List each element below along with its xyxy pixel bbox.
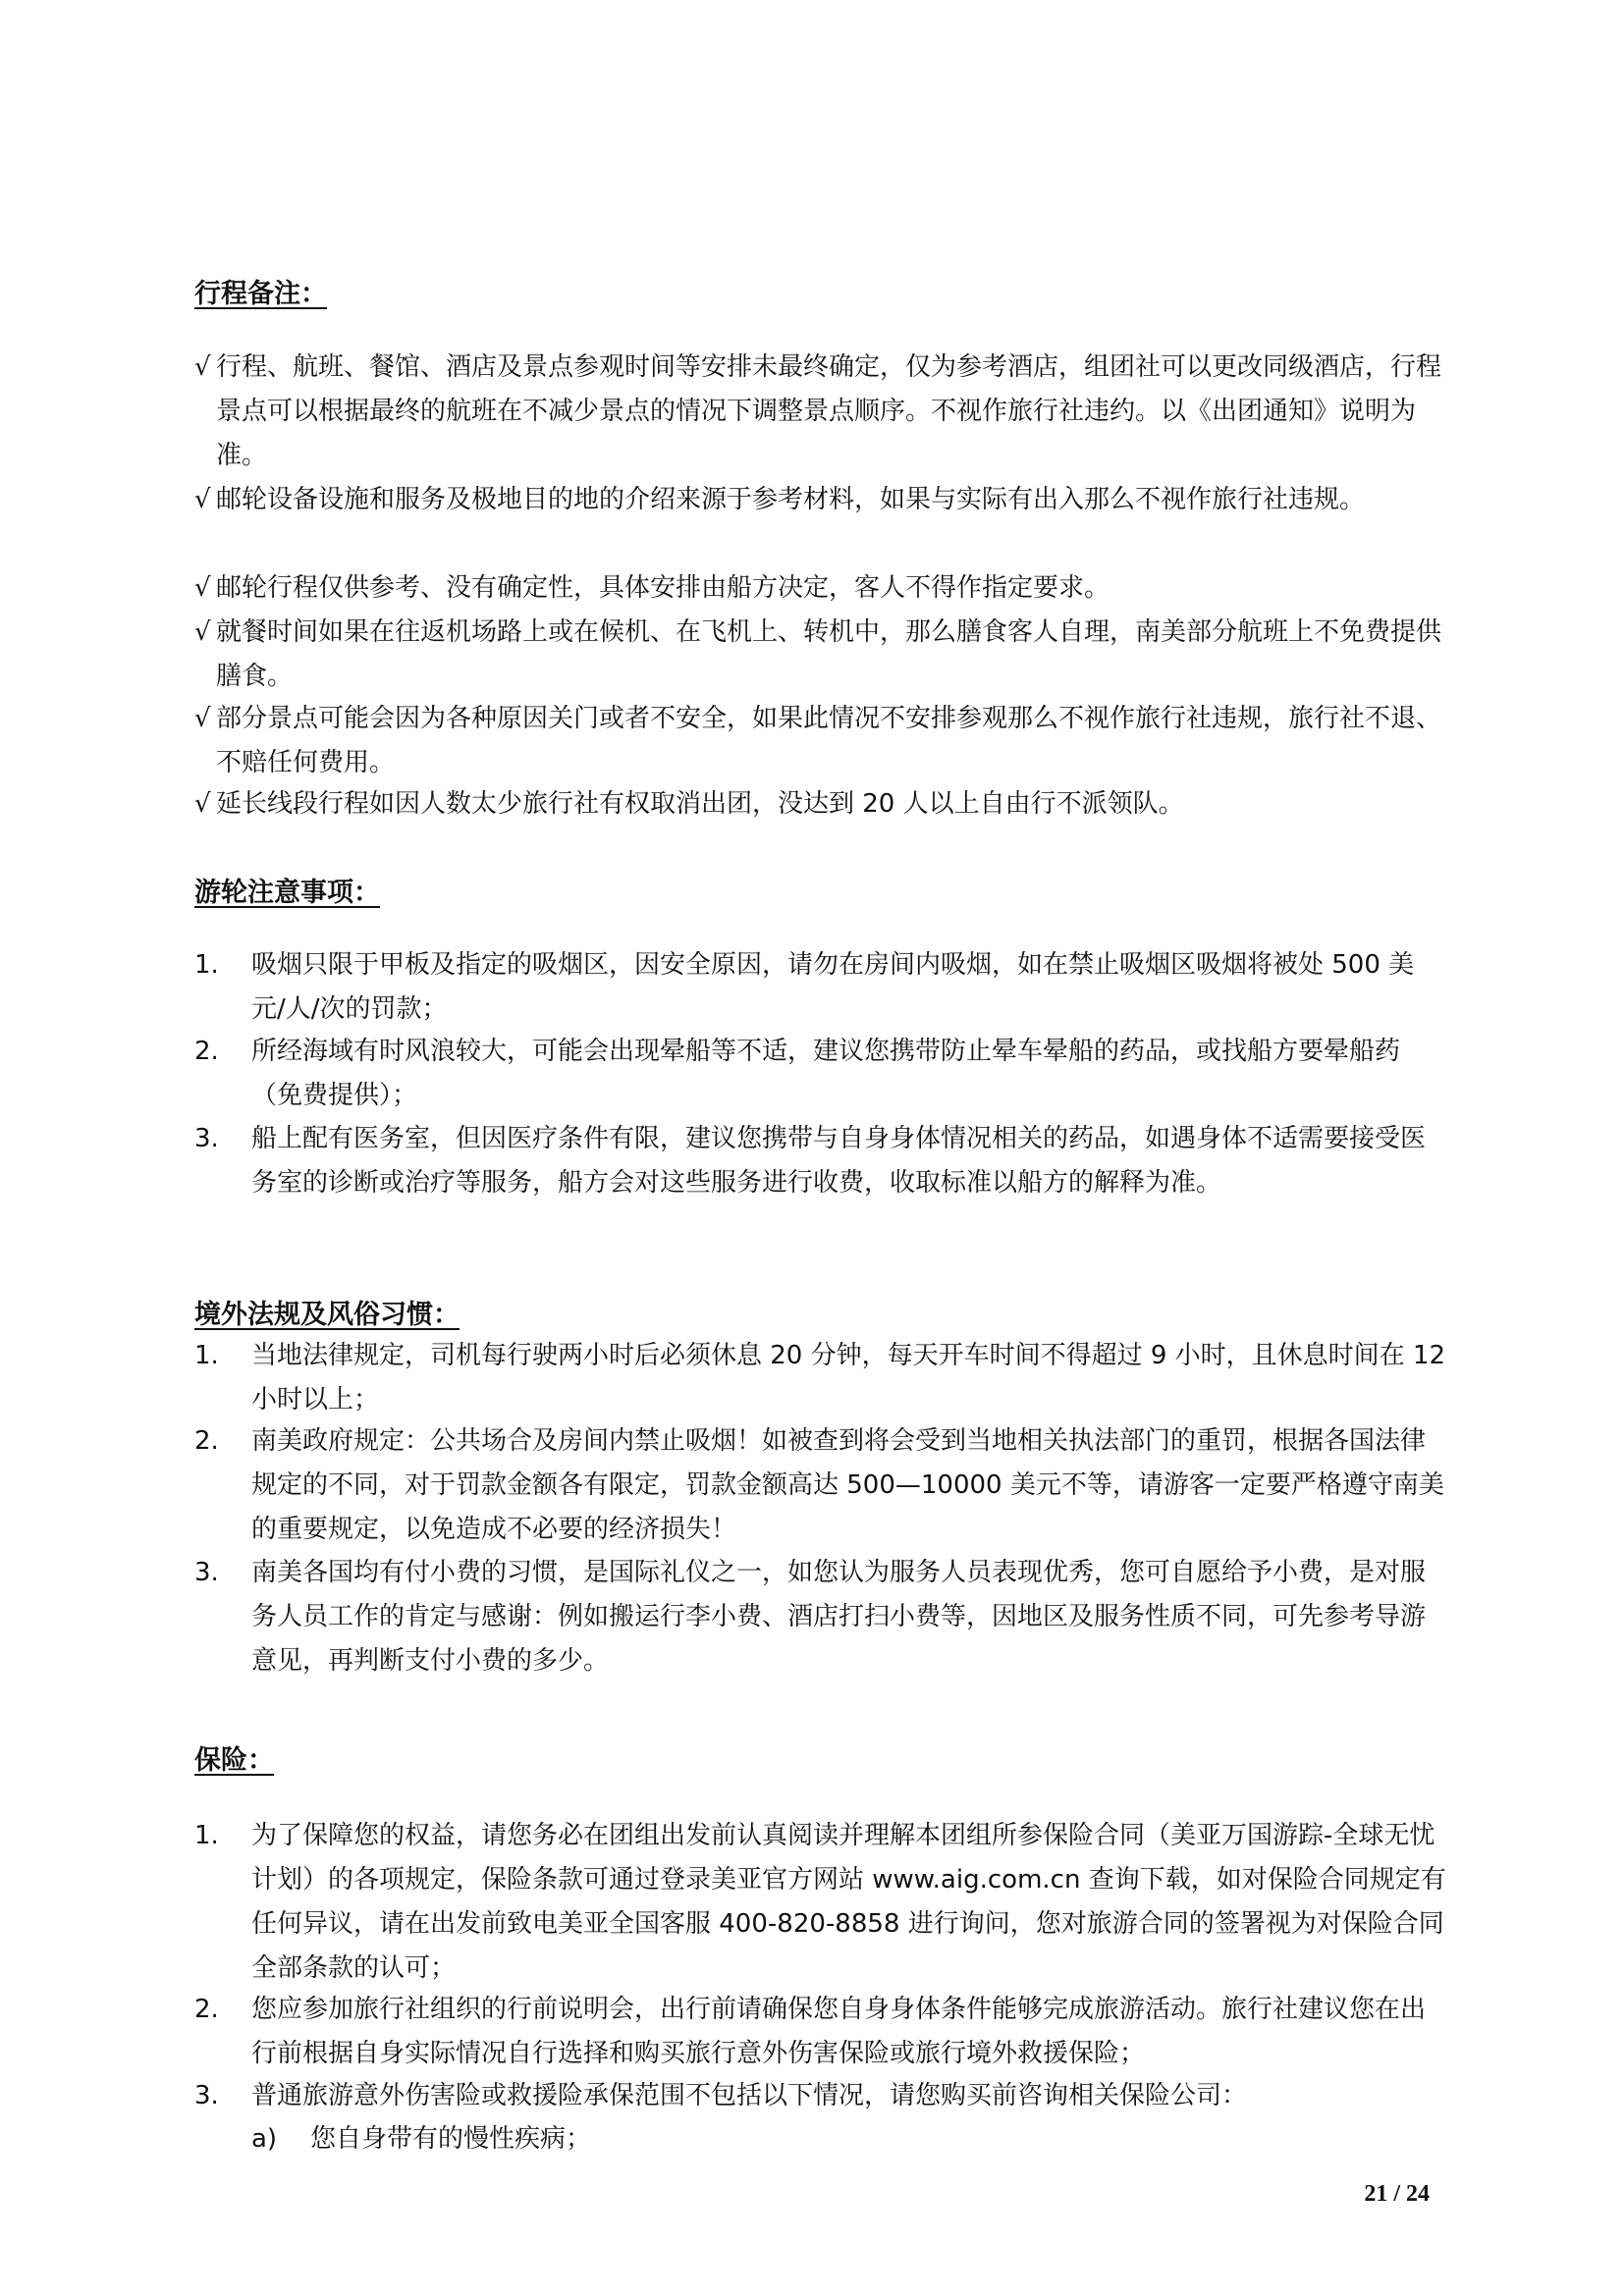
list-item-text: 南美各国均有付小费的习惯，是国际礼仪之一，如您认为服务人员表现优秀，您可自愿给予… (194, 1551, 1446, 1683)
section-title-local-laws-customs: 境外法规及风俗习惯： (194, 1293, 460, 1331)
check-mark-icon: √ (194, 782, 211, 827)
list-number: 2. (194, 1030, 219, 1074)
list-item-text: 船上配有医务室，但因医疗条件有限，建议您携带与自身身体情况相关的药品，如遇身体不… (194, 1117, 1446, 1205)
check-mark-icon: √ (194, 611, 211, 655)
list-item: 1. 当地法律规定，司机每行驶两小时后必须休息 20 分钟，每天开车时间不得超过… (194, 1334, 1446, 1422)
list-item: 2. 您应参加旅行社组织的行前说明会，出行前请确保您自身身体条件能够完成旅游活动… (194, 1988, 1446, 2076)
list-item-text: 所经海域有时风浪较大，可能会出现晕船等不适，建议您携带防止晕车晕船的药品，或找船… (194, 1030, 1446, 1118)
section-title-insurance: 保险： (194, 1738, 274, 1777)
list-item: √ 部分景点可能会因为各种原因关门或者不安全，如果此情况不安排参观那么不视作旅行… (194, 697, 1446, 785)
list-item-text: 您自身带有的慢性疾病； (194, 2117, 1446, 2162)
list-item: 2. 所经海域有时风浪较大，可能会出现晕船等不适，建议您携带防止晕车晕船的药品，… (194, 1030, 1446, 1118)
list-item-text: 邮轮设备设施和服务及极地目的地的介绍来源于参考材料，如果与实际有出入那么不视作旅… (194, 478, 1446, 522)
check-mark-icon: √ (194, 697, 211, 741)
list-item-text: 行程、航班、餐馆、酒店及景点参观时间等安排未最终确定，仅为参考酒店，组团社可以更… (194, 346, 1446, 478)
list-number: 1. (194, 943, 219, 988)
list-number: 3. (194, 2074, 219, 2118)
list-item: √ 邮轮行程仅供参考、没有确定性，具体安排由船方决定，客人不得作指定要求。 (194, 566, 1446, 611)
list-item-text: 邮轮行程仅供参考、没有确定性，具体安排由船方决定，客人不得作指定要求。 (194, 566, 1446, 611)
list-item: √ 邮轮设备设施和服务及极地目的地的介绍来源于参考材料，如果与实际有出入那么不视… (194, 478, 1446, 522)
section-title-cruise-notes: 游轮注意事项： (194, 871, 380, 909)
list-item-text: 就餐时间如果在往返机场路上或在候机、在飞机上、转机中，那么膳食客人自理，南美部分… (194, 611, 1446, 699)
list-item-text: 南美政府规定：公共场合及房间内禁止吸烟！如被查到将会受到当地相关执法部门的重罚，… (194, 1419, 1446, 1552)
list-item-text: 您应参加旅行社组织的行前说明会，出行前请确保您自身身体条件能够完成旅游活动。旅行… (194, 1988, 1446, 2076)
list-item-text: 部分景点可能会因为各种原因关门或者不安全，如果此情况不安排参观那么不视作旅行社违… (194, 697, 1446, 785)
page-number: 21 / 24 (1364, 2181, 1430, 2208)
list-item: 2. 南美政府规定：公共场合及房间内禁止吸烟！如被查到将会受到当地相关执法部门的… (194, 1419, 1446, 1552)
list-item: 3. 船上配有医务室，但因医疗条件有限，建议您携带与自身身体情况相关的药品，如遇… (194, 1117, 1446, 1205)
list-number: 3. (194, 1117, 219, 1161)
check-mark-icon: √ (194, 478, 211, 522)
list-item-text: 延长线段行程如因人数太少旅行社有权取消出团，没达到 20 人以上自由行不派领队。 (194, 782, 1446, 827)
list-letter: a) (251, 2117, 277, 2162)
list-item: √ 延长线段行程如因人数太少旅行社有权取消出团，没达到 20 人以上自由行不派领… (194, 782, 1446, 827)
list-item-text: 为了保障您的权益，请您务必在团组出发前认真阅读并理解本团组所参保险合同（美亚万国… (194, 1814, 1446, 1991)
list-item-text: 普通旅游意外伤害险或救援险承保范围不包括以下情况，请您购买前咨询相关保险公司： (194, 2074, 1446, 2118)
list-item: 3. 南美各国均有付小费的习惯，是国际礼仪之一，如您认为服务人员表现优秀，您可自… (194, 1551, 1446, 1683)
list-item-text: 吸烟只限于甲板及指定的吸烟区，因安全原因，请勿在房间内吸烟，如在禁止吸烟区吸烟将… (194, 943, 1446, 1032)
section-title-itinerary-notes: 行程备注： (194, 272, 327, 310)
list-number: 3. (194, 1551, 219, 1595)
list-item: √ 就餐时间如果在往返机场路上或在候机、在飞机上、转机中，那么膳食客人自理，南美… (194, 611, 1446, 699)
check-mark-icon: √ (194, 566, 211, 611)
check-mark-icon: √ (194, 346, 211, 390)
list-number: 1. (194, 1334, 219, 1378)
list-number: 2. (194, 1419, 219, 1464)
list-item: 1. 为了保障您的权益，请您务必在团组出发前认真阅读并理解本团组所参保险合同（美… (194, 1814, 1446, 1991)
sub-list-item: a) 您自身带有的慢性疾病； (194, 2117, 1446, 2162)
list-item-text: 当地法律规定，司机每行驶两小时后必须休息 20 分钟，每天开车时间不得超过 9 … (194, 1334, 1446, 1422)
list-item: 1. 吸烟只限于甲板及指定的吸烟区，因安全原因，请勿在房间内吸烟，如在禁止吸烟区… (194, 943, 1446, 1032)
list-number: 1. (194, 1814, 219, 1858)
list-item: 3. 普通旅游意外伤害险或救援险承保范围不包括以下情况，请您购买前咨询相关保险公… (194, 2074, 1446, 2118)
list-item: √ 行程、航班、餐馆、酒店及景点参观时间等安排未最终确定，仅为参考酒店，组团社可… (194, 346, 1446, 478)
list-number: 2. (194, 1988, 219, 2032)
